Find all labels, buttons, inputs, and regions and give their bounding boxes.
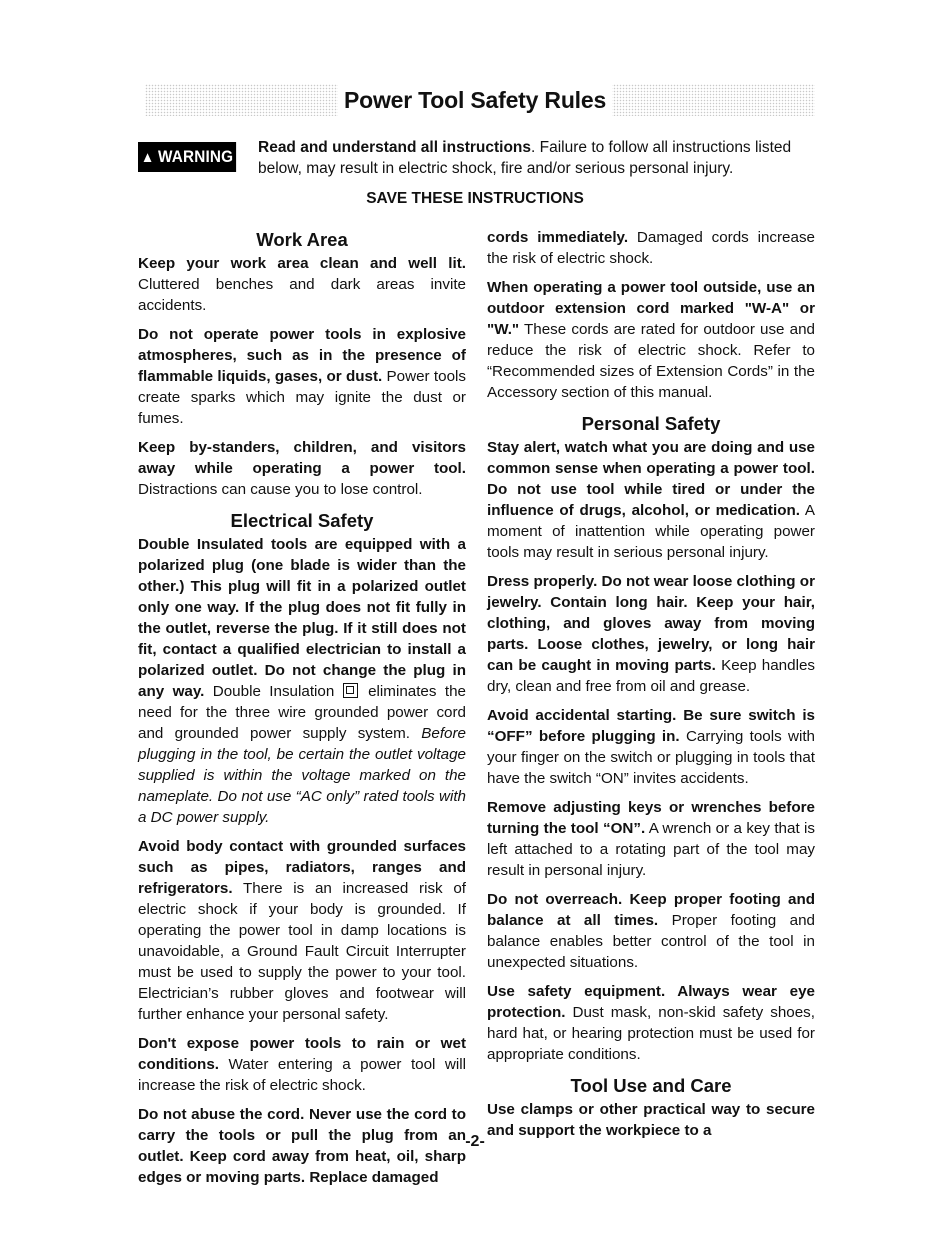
heading-personal-safety: Personal Safety: [487, 412, 815, 436]
rule-bold: cords immediately.: [487, 229, 628, 246]
rule-paragraph: Keep your work area clean and well lit. …: [138, 253, 466, 316]
rule-paragraph: Avoid accidental starting. Be sure switc…: [487, 705, 815, 789]
warning-badge: ▲WARNING: [138, 142, 236, 172]
rule-paragraph: Use safety equipment. Always wear eye pr…: [487, 981, 815, 1065]
page-title-wrap: Power Tool Safety Rules: [0, 84, 950, 116]
rule-paragraph: Stay alert, watch what you are doing and…: [487, 437, 815, 563]
rule-bold: Double Insulated tools are equipped with…: [138, 536, 466, 700]
rule-paragraph: Dress properly. Do not wear loose clothi…: [487, 571, 815, 697]
heading-work-area: Work Area: [138, 228, 466, 252]
rule-paragraph: Don't expose power tools to rain or wet …: [138, 1033, 466, 1096]
heading-electrical-safety: Electrical Safety: [138, 509, 466, 533]
rule-text: Distractions can cause you to lose contr…: [138, 481, 422, 498]
rule-paragraph: Keep by-standers, children, and visitors…: [138, 437, 466, 500]
warning-triangle-icon: ▲: [141, 149, 155, 166]
double-insulation-icon: [343, 683, 358, 698]
rule-paragraph: Avoid body contact with grounded surface…: [138, 836, 466, 1025]
heading-tool-use-and-care: Tool Use and Care: [487, 1074, 815, 1098]
rule-paragraph: Do not operate power tools in explosive …: [138, 324, 466, 429]
rule-paragraph: Remove adjusting keys or wrenches before…: [487, 797, 815, 881]
warning-text: Read and understand all instructions. Fa…: [258, 137, 814, 179]
rule-text: These cords are rated for outdoor use an…: [487, 321, 815, 401]
warning-badge-label: WARNING: [158, 147, 233, 166]
rule-bold: Stay alert, watch what you are doing and…: [487, 439, 815, 519]
rule-paragraph-double-insulated: Double Insulated tools are equipped with…: [138, 534, 466, 828]
rule-paragraph: When operating a power tool outside, use…: [487, 277, 815, 403]
rule-paragraph: Do not overreach. Keep proper footing an…: [487, 889, 815, 973]
rule-text: There is an increased risk of electric s…: [138, 880, 466, 1023]
left-column: Work Area Keep your work area clean and …: [138, 224, 466, 1196]
rule-bold: Keep by-standers, children, and visitors…: [138, 439, 466, 477]
warning-lead: Read and understand all instructions: [258, 139, 531, 156]
page-title: Power Tool Safety Rules: [338, 84, 612, 116]
rule-paragraph: cords immediately. Damaged cords increas…: [487, 227, 815, 269]
rule-text: Cluttered benches and dark areas invite …: [138, 276, 466, 314]
page-number: -2-: [0, 1133, 950, 1151]
save-instructions: SAVE THESE INSTRUCTIONS: [0, 190, 950, 208]
rule-text: Double Insulation: [204, 683, 342, 700]
right-column: cords immediately. Damaged cords increas…: [487, 224, 815, 1149]
rule-bold: Keep your work area clean and well lit.: [138, 255, 466, 272]
